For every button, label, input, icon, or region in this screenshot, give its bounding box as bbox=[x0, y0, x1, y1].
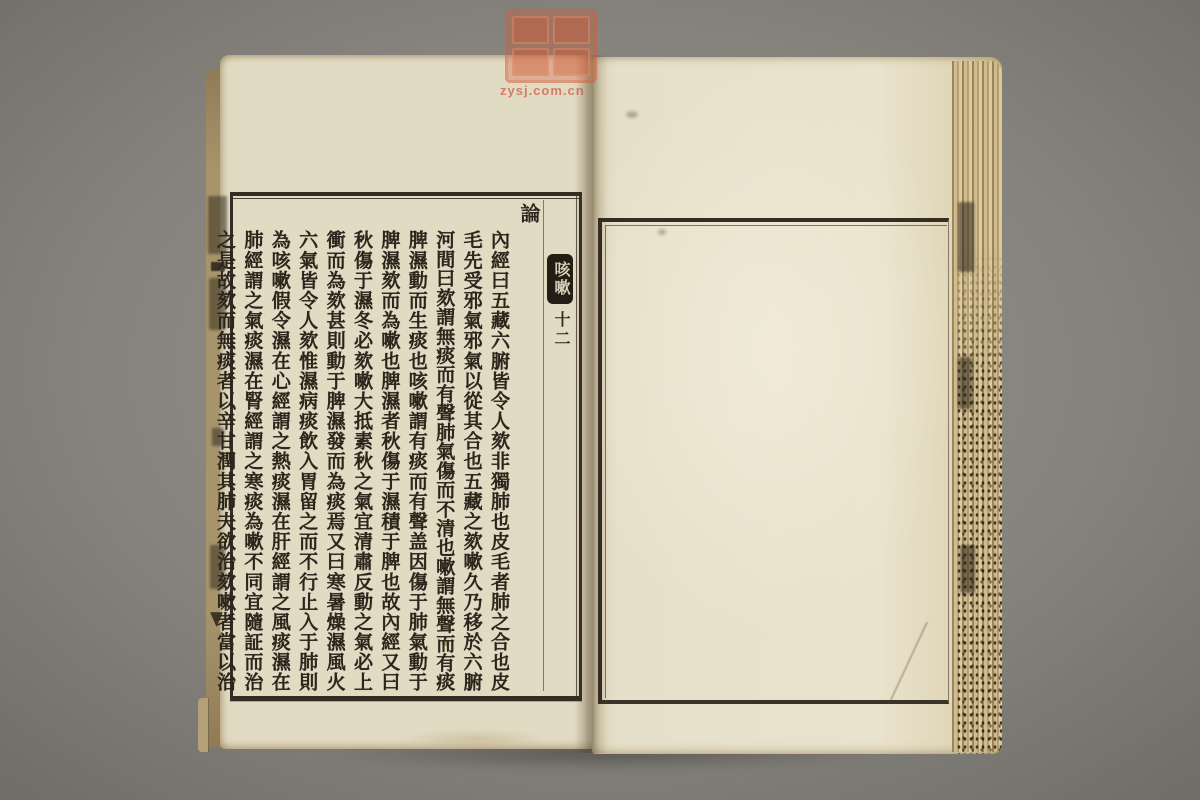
left-page-edge-stack-lower bbox=[198, 698, 209, 752]
seal-glyph-block bbox=[512, 16, 549, 44]
text-column: 六氣皆令人欬惟濕病痰飲入胃留之而不行止入于肺則 bbox=[293, 230, 320, 691]
fold-print-mark bbox=[958, 357, 972, 409]
left-text-frame: 咳嗽十二 論 內經曰五藏六腑皆令人欬非獨肺也皮毛者肺之合也皮 毛先受邪氣邪氣以從… bbox=[230, 192, 582, 701]
text-column: 脾濕動而生痰也咳嗽謂有痰而有聲盖因傷于肺氣動于 bbox=[402, 230, 429, 691]
section-header-column: 咳嗽十二 bbox=[543, 200, 575, 691]
text-column: 為咳嗽假令濕在心經謂之熱痰濕在肝經謂之風痰濕在 bbox=[265, 230, 292, 691]
seal-glyph-block bbox=[512, 48, 549, 76]
seal-glyph-block bbox=[553, 16, 590, 44]
text-column: 秋傷于濕冬必欬嗽大抵素秋之氣宜清肅反動之氣必上 bbox=[348, 230, 375, 691]
fold-print-mark bbox=[960, 545, 975, 593]
paper-smudge bbox=[658, 229, 666, 235]
right-empty-frame bbox=[598, 218, 949, 704]
seal-glyph-block bbox=[553, 48, 590, 76]
text-column: 衝而為欬甚則動于脾濕發而為痰焉又曰寒暑燥濕風火 bbox=[320, 230, 347, 691]
text-column: 內經曰五藏六腑皆令人欬非獨肺也皮毛者肺之合也皮 bbox=[485, 230, 512, 691]
text-column: 肺經謂之氣痰濕在腎經謂之寒痰為嗽不同宜隨証而治 bbox=[238, 230, 265, 691]
fore-edge-print-speckles bbox=[956, 247, 1002, 754]
text-column: 河間曰欬謂無痰而有聲肺氣傷而不清也嗽謂無聲而有痰 bbox=[430, 230, 457, 691]
left-text-block: 咳嗽十二 論 內經曰五藏六腑皆令人欬非獨肺也皮毛者肺之合也皮 毛先受邪氣邪氣以從… bbox=[238, 200, 575, 691]
watermark-url-text: zysj.com.cn bbox=[500, 83, 610, 98]
right-page bbox=[592, 57, 1002, 754]
chapter-number: 十二 bbox=[552, 311, 569, 349]
text-column: 之是故欬而無痰者以辛甘潤其肺夫欲治欬嗽者當以治 bbox=[211, 230, 238, 691]
fold-print-mark bbox=[958, 202, 974, 272]
paper-stain bbox=[370, 723, 580, 755]
book-photo-scene: 咳嗽十二 論 內經曰五藏六腑皆令人欬非獨肺也皮毛者肺之合也皮 毛先受邪氣邪氣以從… bbox=[0, 0, 1200, 800]
red-seal-watermark bbox=[505, 9, 597, 83]
text-column: 毛先受邪氣邪氣以從其合也五藏之欬嗽久乃移於六腑 bbox=[457, 230, 484, 691]
text-column: 脾濕欬而為嗽也脾濕者秋傷于濕積于脾也故內經又曰 bbox=[375, 230, 402, 691]
section-label: 論 bbox=[512, 200, 543, 694]
section-title-box: 咳嗽 bbox=[547, 254, 573, 304]
paper-smudge bbox=[626, 111, 638, 118]
